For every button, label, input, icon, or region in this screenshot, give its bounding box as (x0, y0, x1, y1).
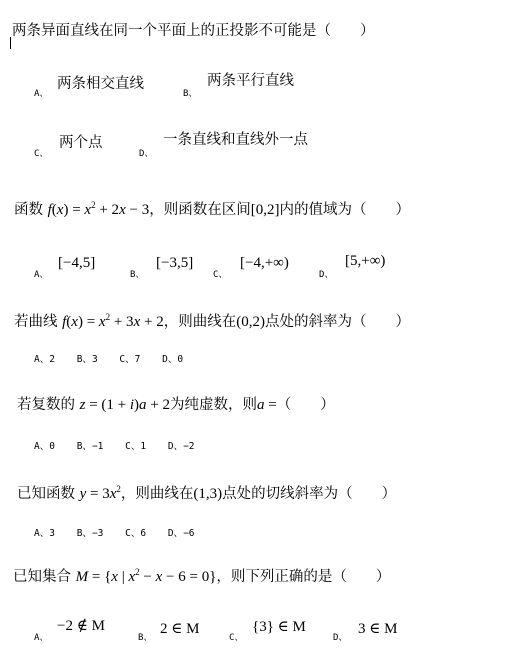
q2-stem-suffix: 内的值域为（ ） (279, 202, 410, 218)
q2-stem-interval: [0,2] (251, 202, 280, 218)
q1-option-c-text: 两个点 (59, 131, 103, 152)
q3-stem-point: (0,2) (236, 314, 265, 330)
q4-stem-prefix: 若复数的 (17, 397, 75, 413)
q5-option-a: A、3 (34, 525, 55, 539)
q2-stem-middle: ，则函数在区间 (149, 202, 251, 218)
q1-option-a-label: A、 (34, 86, 48, 99)
q3-option-b: B、3 (77, 351, 98, 365)
q6-option-b-label: B、 (138, 630, 152, 643)
question-3-stem: 若曲线 f(x) = x2 + 3x + 2，则曲线在(0,2)点处的斜率为（ … (14, 310, 410, 331)
question-6-stem: 已知集合 M = {x | x2 − x − 6 = 0}，则下列正确的是（ ） (13, 565, 390, 586)
q3-option-a: A、2 (34, 351, 55, 365)
q4-stem-var: a = (257, 397, 277, 413)
q4-option-d: D、−2 (168, 438, 195, 452)
q6-option-a-text: −2 ∉ M (57, 616, 105, 635)
question-4-stem: 若复数的 z = (1 + i)a + 2为纯虚数，则a =（ ） (17, 393, 335, 414)
question-2-stem: 函数 f(x) = x2 + 2x − 3，则函数在区间[0,2]内的值域为（ … (14, 198, 410, 219)
q3-stem-middle: ，则曲线在 (164, 314, 237, 330)
q1-option-b-label: B、 (183, 86, 197, 99)
q3-options: A、2 B、3 C、7 D、0 (34, 351, 199, 365)
q4-stem-middle: 为纯虚数，则 (170, 397, 257, 413)
question-5-stem: 已知函数 y = 3x2，则曲线在(1,3)点处的切线斜率为（ ） (17, 482, 396, 503)
q5-option-b: B、−3 (77, 525, 104, 539)
q6-option-d-label: D、 (333, 630, 347, 643)
q5-options: A、3 B、−3 C、6 D、−6 (34, 525, 211, 539)
q3-stem-suffix: 点处的斜率为（ ） (265, 314, 410, 330)
q5-option-c: C、6 (125, 525, 146, 539)
q1-option-c-label: C、 (34, 146, 48, 159)
q1-option-a-text: 两条相交直线 (57, 72, 144, 93)
q2-option-d-label: D、 (319, 267, 333, 280)
question-1-stem: 两条异面直线在同一个平面上的正投影不可能是（ ） (12, 19, 375, 40)
q5-stem-point: (1,3) (193, 486, 222, 502)
q4-option-c: C、1 (125, 438, 146, 452)
q6-option-c-text: {3} ∈ M (252, 617, 306, 636)
q6-stem-suffix: ，则下列正确的是（ ） (216, 569, 390, 585)
q5-option-d: D、−6 (168, 525, 195, 539)
q4-stem-suffix: （ ） (277, 397, 335, 413)
q2-option-b-text: [−3,5] (156, 255, 193, 272)
q5-stem-suffix: 点处的切线斜率为（ ） (222, 486, 396, 502)
q2-option-a-text: [−4,5] (58, 255, 95, 272)
q5-stem-middle: ，则曲线在 (121, 486, 194, 502)
q2-stem-prefix: 函数 (14, 202, 43, 218)
q3-option-d: D、0 (162, 351, 183, 365)
text-cursor (10, 37, 11, 49)
q2-stem-function: f(x) = x2 + 2x − 3 (48, 202, 150, 218)
q5-stem-prefix: 已知函数 (17, 486, 75, 502)
q3-stem-prefix: 若曲线 (14, 314, 58, 330)
q2-option-c-text: [−4,+∞) (240, 255, 289, 272)
q1-option-b-text: 两条平行直线 (207, 69, 294, 90)
q3-stem-function: f(x) = x2 + 3x + 2 (62, 314, 164, 330)
q2-option-c-label: C、 (213, 267, 227, 280)
q1-option-d-text: 一条直线和直线外一点 (163, 128, 308, 149)
q4-options: A、0 B、−1 C、1 D、−2 (34, 438, 211, 452)
q6-option-c-label: C、 (229, 630, 243, 643)
q4-option-b: B、−1 (77, 438, 104, 452)
q6-option-b-text: 2 ∈ M (160, 619, 199, 638)
q3-option-c: C、7 (119, 351, 140, 365)
q5-stem-function: y = 3x2 (80, 486, 121, 502)
q6-stem-set: M = {x | x2 − x − 6 = 0} (76, 569, 217, 585)
q4-stem-expression: z = (1 + i)a + 2 (80, 397, 170, 413)
q6-option-a-label: A、 (34, 630, 48, 643)
q2-option-d-text: [5,+∞) (345, 253, 385, 270)
q1-option-d-label: D、 (139, 146, 153, 159)
q2-option-a-label: A、 (34, 267, 48, 280)
q6-stem-prefix: 已知集合 (13, 569, 71, 585)
q6-option-d-text: 3 ∈ M (358, 619, 397, 638)
q4-option-a: A、0 (34, 438, 55, 452)
q2-option-b-label: B、 (130, 267, 144, 280)
